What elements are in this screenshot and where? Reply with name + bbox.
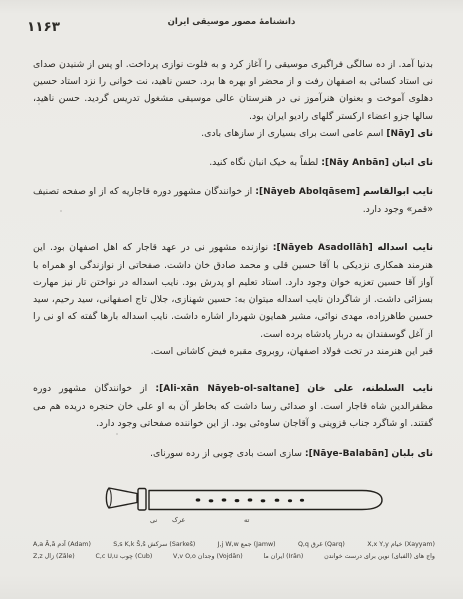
scan-speck [116, 433, 118, 435]
entry-body-note: قبر این هنرمند در تخت فولاد اصفهان، روبر… [33, 343, 433, 360]
scan-speck [38, 103, 40, 105]
pronunciation-key-segment: C,c U,u چوب (Cub) [95, 553, 152, 560]
header-title: دانشنامهٔ مصور موسیقی ایران [0, 17, 463, 27]
pronunciation-key-line-1: A,a Ā,ā آدم (Adam)S,s K,k Š,š سرکش (Sark… [33, 541, 435, 548]
entry-nay-anban: نای انبان [Nāy Anbān]: لطفاً به خیک انبا… [33, 154, 433, 172]
pronunciation-key-line-2: Z,z زال (Zāle)C,c U,u چوب (Cub)V,v O,o و… [33, 553, 435, 560]
entry-headword: نای بلبان [391, 448, 433, 459]
balaban-illustration: نی عرک ته [103, 481, 401, 537]
entry-nayeb-ol-saltane: نایب السلطنه، علی خان [Ali-xān Nāyeb-ol-… [33, 380, 433, 433]
pronunciation-key-segment: S,s K,k Š,š سرکش (Sarkeš) [113, 541, 195, 548]
entry-nayeb-asadollah: نایب اسداله [Nāyeb Asadollāh]: نوازنده م… [33, 239, 433, 343]
entry-body: سازی است بادی چوبی از رده سورنای. [150, 448, 302, 459]
entry-body: اسم عامی است برای بسیاری از سازهای بادی. [201, 128, 383, 139]
pronunciation-key-segment: A,a Ā,ā آدم (Adam) [33, 541, 91, 548]
entry-nay: نای [Nāy] اسم عامی است برای بسیاری از سا… [33, 125, 433, 143]
entry-nayeb-abolqasem: نایب ابوالقاسم [Nāyeb Abolqāsem]: از خوا… [33, 183, 433, 218]
entry-transliteration: [Nāy] [386, 129, 414, 139]
figure-part-label: عرک [172, 516, 185, 524]
entry-headword: نای [417, 128, 433, 139]
pronunciation-key-segment: X,x Y,y خیام (Xayyam) [367, 541, 435, 548]
scan-speck [60, 210, 62, 212]
entry-headword: نایب ابوالقاسم [363, 186, 433, 197]
entry-transliteration: [Nāye-Balabān] [309, 449, 389, 459]
entry-transliteration: [Ali-xān Nāyeb-ol-saltane] [159, 384, 299, 394]
pronunciation-key-segment: J,j W,w جمع (Jamw) [218, 541, 276, 548]
pronunciation-key-segment: Z,z زال (Zāle) [33, 553, 75, 560]
entry-transliteration: [Nāy Anbān] [325, 158, 389, 168]
pronunciation-key-segment: V,v O,o وجدان (Vojdān) [173, 553, 243, 560]
entry-transliteration: [Nāyeb Abolqāsem] [259, 187, 360, 197]
pronunciation-key-segment: واج های (الفبای) نوین برای درست خواندن [324, 553, 435, 560]
balaban-drawing-svg [103, 481, 401, 537]
pronunciation-key-segment: ایران ما (Irān) [263, 553, 303, 560]
entry-headword: نای انبان [392, 157, 433, 168]
intro-paragraph: بدنیا آمد. از ده سالگی فراگیری موسیقی را… [33, 56, 433, 125]
figure-part-label: ته [244, 516, 249, 524]
entry-body: لطفاً به خیک انبان نگاه کنید. [209, 157, 318, 168]
scanned-document-page: ۱۱۶۳ دانشنامهٔ مصور موسیقی ایران بدنیا آ… [0, 0, 463, 599]
figure-part-label: نی [150, 516, 157, 524]
entry-transliteration: [Nāyeb Asadollāh] [277, 243, 373, 253]
entry-body: نوازنده مشهور نی در عهد قاجار که اهل اصف… [33, 242, 433, 340]
page-body-text: بدنیا آمد. از ده سالگی فراگیری موسیقی را… [33, 56, 433, 463]
entry-naye-balaban: نای بلبان [Nāye-Balabān]: سازی است بادی … [33, 445, 433, 463]
entry-headword: نایب اسداله [377, 242, 433, 253]
pronunciation-key-segment: Q,q غرق (Qarq) [298, 541, 345, 548]
entry-headword: نایب السلطنه، علی خان [307, 383, 433, 394]
